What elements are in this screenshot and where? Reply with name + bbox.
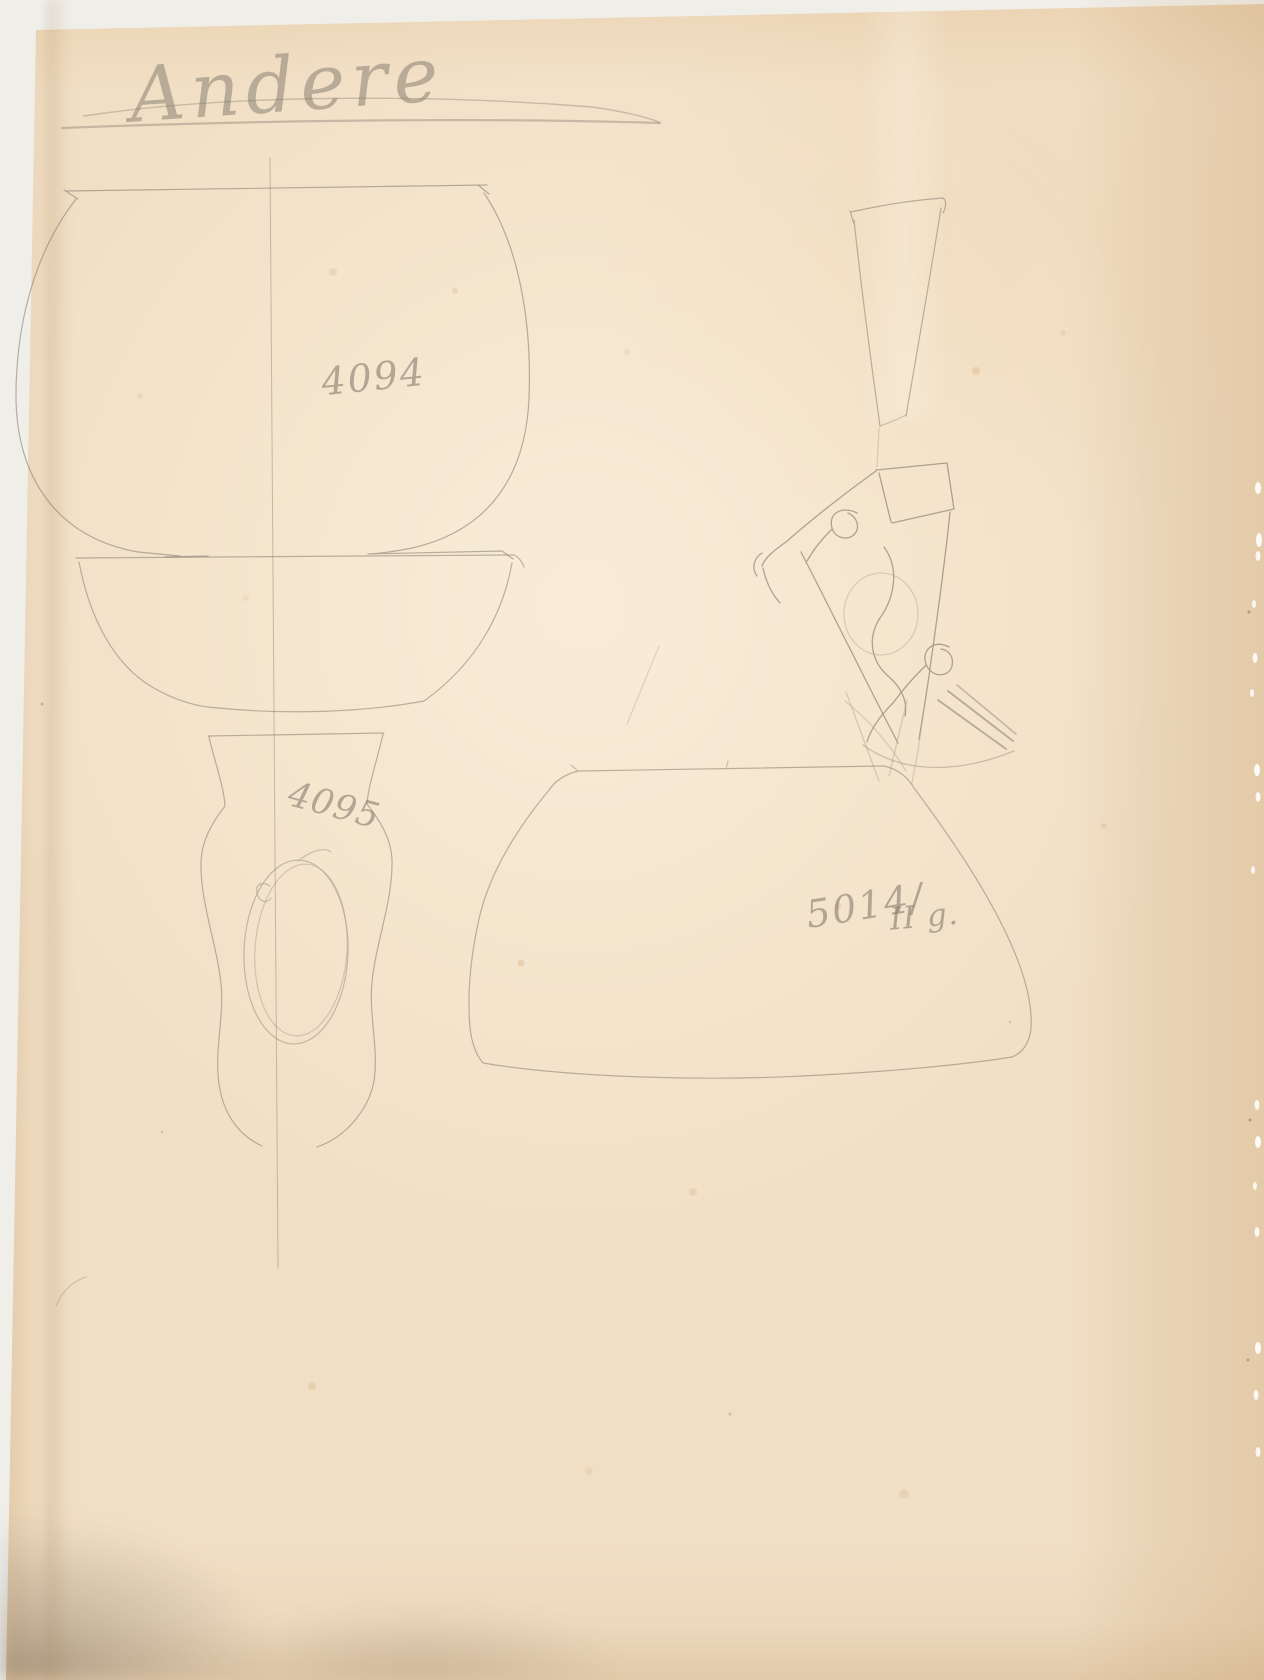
- binding-perforations: [1247, 482, 1263, 1457]
- page-title-handwriting: Andere: [121, 29, 447, 140]
- pencil-drawing-layer: Andere 4094 4095 5014/ II g.: [0, 0, 1264, 1680]
- bowl-number-handwriting: 4094: [318, 350, 428, 405]
- tilted-beaker-sketch: [850, 198, 946, 467]
- scroll-motif-upper: [831, 510, 857, 538]
- shallow-basin-sketch: [76, 555, 524, 712]
- foxing-spots: [41, 268, 1108, 1499]
- center-axis-line: [270, 158, 278, 1268]
- scroll-scribble-sketch: [627, 463, 1016, 783]
- vessel-suffix-handwriting: II g.: [887, 896, 960, 938]
- scroll-motif-lower: [925, 644, 953, 674]
- stray-pencil-mark: [56, 1277, 86, 1306]
- vase-number-handwriting: 4095: [283, 774, 384, 837]
- scanned-sketch-page: Andere 4094 4095 5014/ II g.: [0, 0, 1264, 1680]
